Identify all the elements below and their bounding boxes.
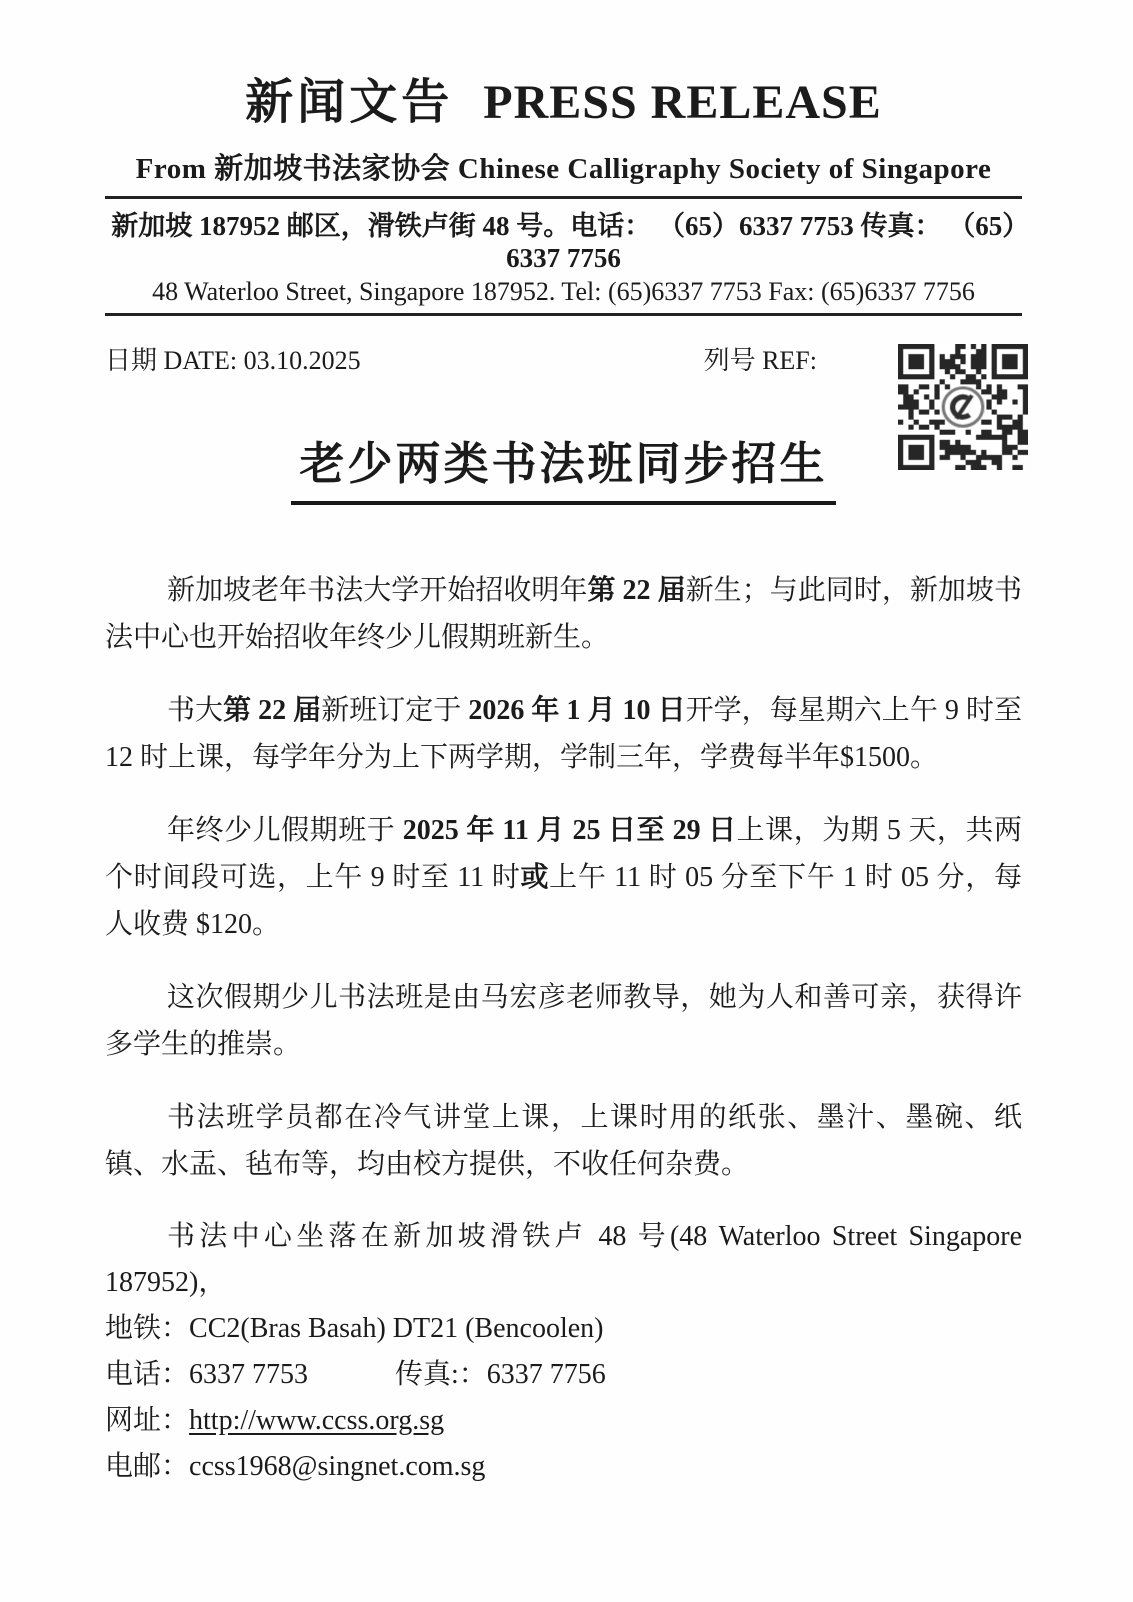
text-run-bold: 第 22 届 (223, 695, 321, 726)
address-english: 48 Waterloo Street, Singapore 187952. Te… (105, 277, 1022, 307)
headline: 老少两类书法班同步招生 (291, 427, 835, 505)
page-content: 新闻文告PRESS RELEASE From 新加坡书法家协会 Chinese … (0, 0, 1133, 1490)
qr-code (898, 344, 1028, 470)
text-run: 书大 (167, 695, 223, 726)
text-run: 这次假期少儿书法班是由马宏彦老师教导，她为人和善可亲，获得许多学生的推崇。 (105, 982, 1022, 1060)
fax-label: 传真:： (395, 1359, 487, 1390)
headline-wrap: 老少两类书法班同步招生 (105, 427, 1022, 505)
text-run-bold: 第 22 届 (587, 575, 685, 606)
phone-pair-left: 电话：6337 7753 (105, 1352, 395, 1398)
document-title: 新闻文告PRESS RELEASE (105, 76, 1022, 130)
paragraph-1: 新加坡老年书法大学开始招收明年第 22 届新生；与此同时，新加坡书法中心也开始招… (105, 567, 1022, 661)
document-title-zh: 新闻文告 (245, 74, 453, 130)
text-run-bold: 2026 年 1 月 10 日 (468, 695, 685, 726)
location-line: 书法中心坐落在新加坡滑铁卢 48 号(48 Waterloo Street Si… (105, 1214, 1022, 1306)
text-run-bold: 或 (521, 862, 550, 893)
email-line: 电邮：ccss1968@singnet.com.sg (105, 1444, 1022, 1490)
phone-label: 电话： (105, 1359, 189, 1390)
website-link[interactable]: http://www.ccss.org.sg (189, 1405, 444, 1436)
paragraph-5: 书法班学员都在冷气讲堂上课，上课时用的纸张、墨汁、墨碗、纸镇、水盂、毡布等，均由… (105, 1094, 1022, 1188)
web-label: 网址： (105, 1405, 189, 1436)
text-run: 年终少儿假期班于 (167, 815, 403, 846)
ref-label: 列号 REF: (704, 340, 817, 377)
address-chinese: 新加坡 187952 邮区，滑铁卢街 48 号。电话： （65）6337 775… (105, 204, 1022, 274)
website-line: 网址：http://www.ccss.org.sg (105, 1398, 1022, 1444)
metro-label: 地铁： (105, 1313, 189, 1344)
date-label: 日期 DATE: 03.10.2025 (105, 340, 361, 377)
email-label: 电邮： (105, 1451, 189, 1482)
metro-line: 地铁：CC2(Bras Basah) DT21 (Bencoolen) (105, 1306, 1022, 1352)
text-run-bold: 2025 年 11 月 25 日至 29 日 (403, 815, 737, 846)
text-run: 书法班学员都在冷气讲堂上课，上课时用的纸张、墨汁、墨碗、纸镇、水盂、毡布等，均由… (105, 1102, 1022, 1180)
text-run: 新班订定于 (321, 695, 468, 726)
paragraph-2: 书大第 22 届新班订定于 2026 年 1 月 10 日开学，每星期六上午 9… (105, 687, 1022, 781)
meta-row: 日期 DATE: 03.10.2025 列号 REF: (105, 340, 1022, 377)
header-divider-bottom (105, 313, 1022, 316)
email-value: ccss1968@singnet.com.sg (189, 1451, 485, 1482)
phone-fax-line: 电话：6337 7753传真:：6337 7756 (105, 1352, 1022, 1398)
document-title-en: PRESS RELEASE (483, 76, 881, 129)
metro-value: CC2(Bras Basah) DT21 (Bencoolen) (189, 1313, 603, 1344)
body-text: 新加坡老年书法大学开始招收明年第 22 届新生；与此同时，新加坡书法中心也开始招… (105, 567, 1022, 1188)
phone-value: 6337 7753 (189, 1359, 308, 1390)
paragraph-4: 这次假期少儿书法班是由马宏彦老师教导，她为人和善可亲，获得许多学生的推崇。 (105, 974, 1022, 1068)
contact-block: 书法中心坐落在新加坡滑铁卢 48 号(48 Waterloo Street Si… (105, 1214, 1022, 1490)
paragraph-3: 年终少儿假期班于 2025 年 11 月 25 日至 29 日上课，为期 5 天… (105, 807, 1022, 948)
fax-value: 6337 7756 (487, 1359, 606, 1390)
from-line: From 新加坡书法家协会 Chinese Calligraphy Societ… (105, 146, 1022, 187)
header-divider-top (105, 196, 1022, 199)
press-release-page: 新闻文告PRESS RELEASE From 新加坡书法家协会 Chinese … (0, 0, 1133, 1602)
text-run: 新加坡老年书法大学开始招收明年 (167, 575, 587, 606)
qr-code-image (898, 344, 1028, 470)
